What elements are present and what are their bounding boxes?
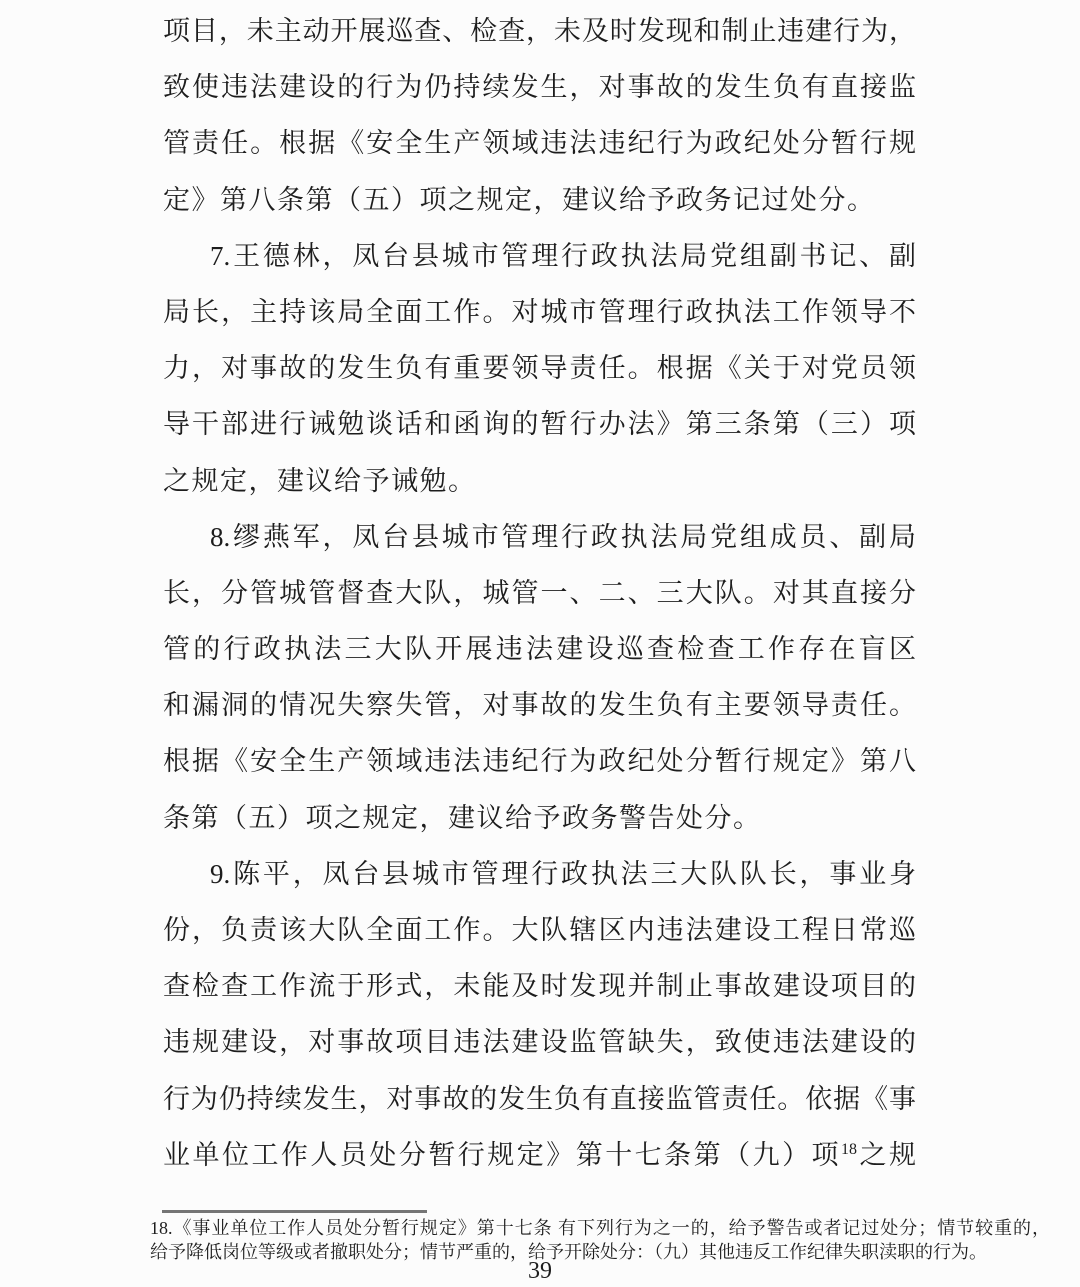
document-page: 项目，未主动开展巡查、检查，未及时发现和制止违建行为，致使违法建设的行为仍持续发… — [0, 0, 1080, 1287]
body-line-text: 局长，主持该局全面工作。对城市管理行政执法工作领导不 — [163, 297, 916, 327]
body-line: 违规建设，对事故项目违法建设监管缺失，致使违法建设的 — [163, 1014, 916, 1070]
body-line: 条第（五）项之规定，建议给予政务警告处分。 — [163, 790, 916, 846]
body-line: 根据《安全生产领域违法违纪行为政纪处分暂行规定》第八 — [163, 733, 916, 789]
body-line: 致使违法建设的行为仍持续发生，对事故的发生负有直接监 — [163, 59, 916, 115]
body-line-text: 定》第八条第（五）项之规定，建议给予政务记过处分。 — [163, 185, 876, 215]
body-line-text: 和漏洞的情况失察失管，对事故的发生负有主要领导责任。 — [163, 690, 916, 720]
body-line-text: 之规定，建议给予诫勉。 — [163, 466, 477, 496]
body-line-text: 之规 — [857, 1140, 916, 1170]
body-line: 定》第八条第（五）项之规定，建议给予政务记过处分。 — [163, 172, 916, 228]
body-line-text: 业单位工作人员处分暂行规定》第十七条第（九）项 — [163, 1140, 841, 1170]
body-line-text: 导干部进行诫勉谈话和函询的暂行办法》第三条第（三）项 — [163, 409, 916, 439]
body-line: 管的行政执法三大队开展违法建设巡查检查工作存在盲区 — [163, 621, 916, 677]
body-line: 局长，主持该局全面工作。对城市管理行政执法工作领导不 — [163, 284, 916, 340]
body-line-text: 长，分管城管督查大队，城管一、二、三大队。对其直接分 — [163, 578, 916, 608]
footnote-ref: 18 — [841, 1141, 857, 1158]
footnote-line: 18.《事业单位工作人员处分暂行规定》第十七条 有下列行为之一的，给予警告或者记… — [150, 1216, 1050, 1240]
body-line: 管责任。根据《安全生产领域违法违纪行为政纪处分暂行规 — [163, 115, 916, 171]
body-line: 8.缪燕军，凤台县城市管理行政执法局党组成员、副局 — [163, 509, 916, 565]
body-text: 项目，未主动开展巡查、检查，未及时发现和制止违建行为，致使违法建设的行为仍持续发… — [163, 3, 916, 1183]
body-line-text: 管的行政执法三大队开展违法建设巡查检查工作存在盲区 — [163, 634, 916, 664]
body-line: 份，负责该大队全面工作。大队辖区内违法建设工程日常巡 — [163, 902, 916, 958]
body-line: 7.王德林，凤台县城市管理行政执法局党组副书记、副 — [163, 228, 916, 284]
body-line-text: 根据《安全生产领域违法违纪行为政纪处分暂行规定》第八 — [163, 746, 916, 776]
body-line: 导干部进行诫勉谈话和函询的暂行办法》第三条第（三）项 — [163, 396, 916, 452]
body-line-text: 管责任。根据《安全生产领域违法违纪行为政纪处分暂行规 — [163, 128, 916, 158]
body-line: 和漏洞的情况失察失管，对事故的发生负有主要领导责任。 — [163, 677, 916, 733]
body-line: 力，对事故的发生负有重要领导责任。根据《关于对党员领 — [163, 340, 916, 396]
body-line: 查检查工作流于形式，未能及时发现并制止事故建设项目的 — [163, 958, 916, 1014]
body-line: 9.陈平，凤台县城市管理行政执法三大队队长，事业身 — [163, 846, 916, 902]
body-line-text: 致使违法建设的行为仍持续发生，对事故的发生负有直接监 — [163, 72, 916, 102]
body-line: 行为仍持续发生，对事故的发生负有直接监管责任。依据《事 — [163, 1071, 916, 1127]
body-line-text: 7.王德林，凤台县城市管理行政执法局党组副书记、副 — [210, 241, 916, 271]
body-line-text: 行为仍持续发生，对事故的发生负有直接监管责任。依据《事 — [163, 1084, 916, 1114]
body-line-text: 违规建设，对事故项目违法建设监管缺失，致使违法建设的 — [163, 1027, 916, 1057]
body-line-text: 查检查工作流于形式，未能及时发现并制止事故建设项目的 — [163, 971, 916, 1001]
footnote-separator — [162, 1210, 427, 1213]
body-line-text: 项目，未主动开展巡查、检查，未及时发现和制止违建行为， — [163, 16, 916, 46]
body-line-text: 份，负责该大队全面工作。大队辖区内违法建设工程日常巡 — [163, 915, 916, 945]
body-line: 长，分管城管督查大队，城管一、二、三大队。对其直接分 — [163, 565, 916, 621]
body-line: 之规定，建议给予诫勉。 — [163, 453, 916, 509]
body-line: 项目，未主动开展巡查、检查，未及时发现和制止违建行为， — [163, 3, 916, 59]
body-line-text: 条第（五）项之规定，建议给予政务警告处分。 — [163, 803, 762, 833]
body-line-text: 8.缪燕军，凤台县城市管理行政执法局党组成员、副局 — [210, 522, 916, 552]
body-line: 业单位工作人员处分暂行规定》第十七条第（九）项18之规 — [163, 1127, 916, 1183]
page-number: 39 — [0, 1257, 1080, 1285]
body-line-text: 力，对事故的发生负有重要领导责任。根据《关于对党员领 — [163, 353, 916, 383]
body-line-text: 9.陈平，凤台县城市管理行政执法三大队队长，事业身 — [210, 859, 916, 889]
